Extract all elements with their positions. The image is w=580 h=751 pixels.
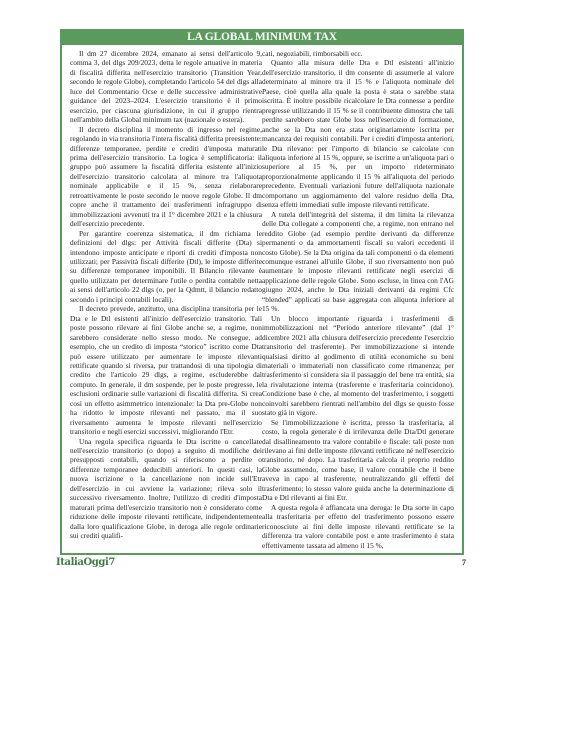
- article-columns: Il dm 27 dicembre 2024, emanato ai sensi…: [62, 45, 462, 553]
- paragraph-continuation: cati, negoziabili, rimborsabili ecc.: [262, 49, 454, 58]
- paragraph: Per garantire coerenza sistematica, il d…: [70, 229, 262, 305]
- article-box: Il dm 27 dicembre 2024, emanato ai sensi…: [60, 45, 464, 555]
- paragraph: Il decreto prevede, anzitutto, una disci…: [70, 304, 262, 436]
- article-header-bar: LA GLOBAL MINIMUM TAX: [60, 29, 464, 45]
- left-column: Il dm 27 dicembre 2024, emanato ai sensi…: [70, 49, 262, 550]
- paragraph: A questa regola è affiancata una deroga:…: [262, 503, 454, 550]
- paragraph: Il decreto disciplina il momento di ingr…: [70, 125, 262, 229]
- right-column: cati, negoziabili, rimborsabili ecc. Qua…: [262, 49, 454, 550]
- page-number: 7: [462, 558, 466, 567]
- paragraph: Il dm 27 dicembre 2024, emanato ai sensi…: [70, 49, 262, 125]
- article-page: LA GLOBAL MINIMUM TAX Il dm 27 dicembre …: [60, 29, 464, 571]
- paragraph: A tutela dell'integrità del sistema, il …: [262, 210, 454, 314]
- paragraph: Se l'immobilizzazione è iscritta, presso…: [262, 418, 454, 503]
- paragraph: Un blocco importante riguarda i trasferi…: [262, 314, 454, 418]
- paragraph: Una regola specifica riguarda le Dta isc…: [70, 437, 262, 541]
- page-footer: ItaliaOggi7 7: [60, 555, 464, 571]
- paragraph: Quanto alla misura delle Dta e Dtl esist…: [262, 58, 454, 209]
- article-title: LA GLOBAL MINIMUM TAX: [187, 31, 337, 43]
- publication-logo: ItaliaOggi7: [56, 557, 115, 568]
